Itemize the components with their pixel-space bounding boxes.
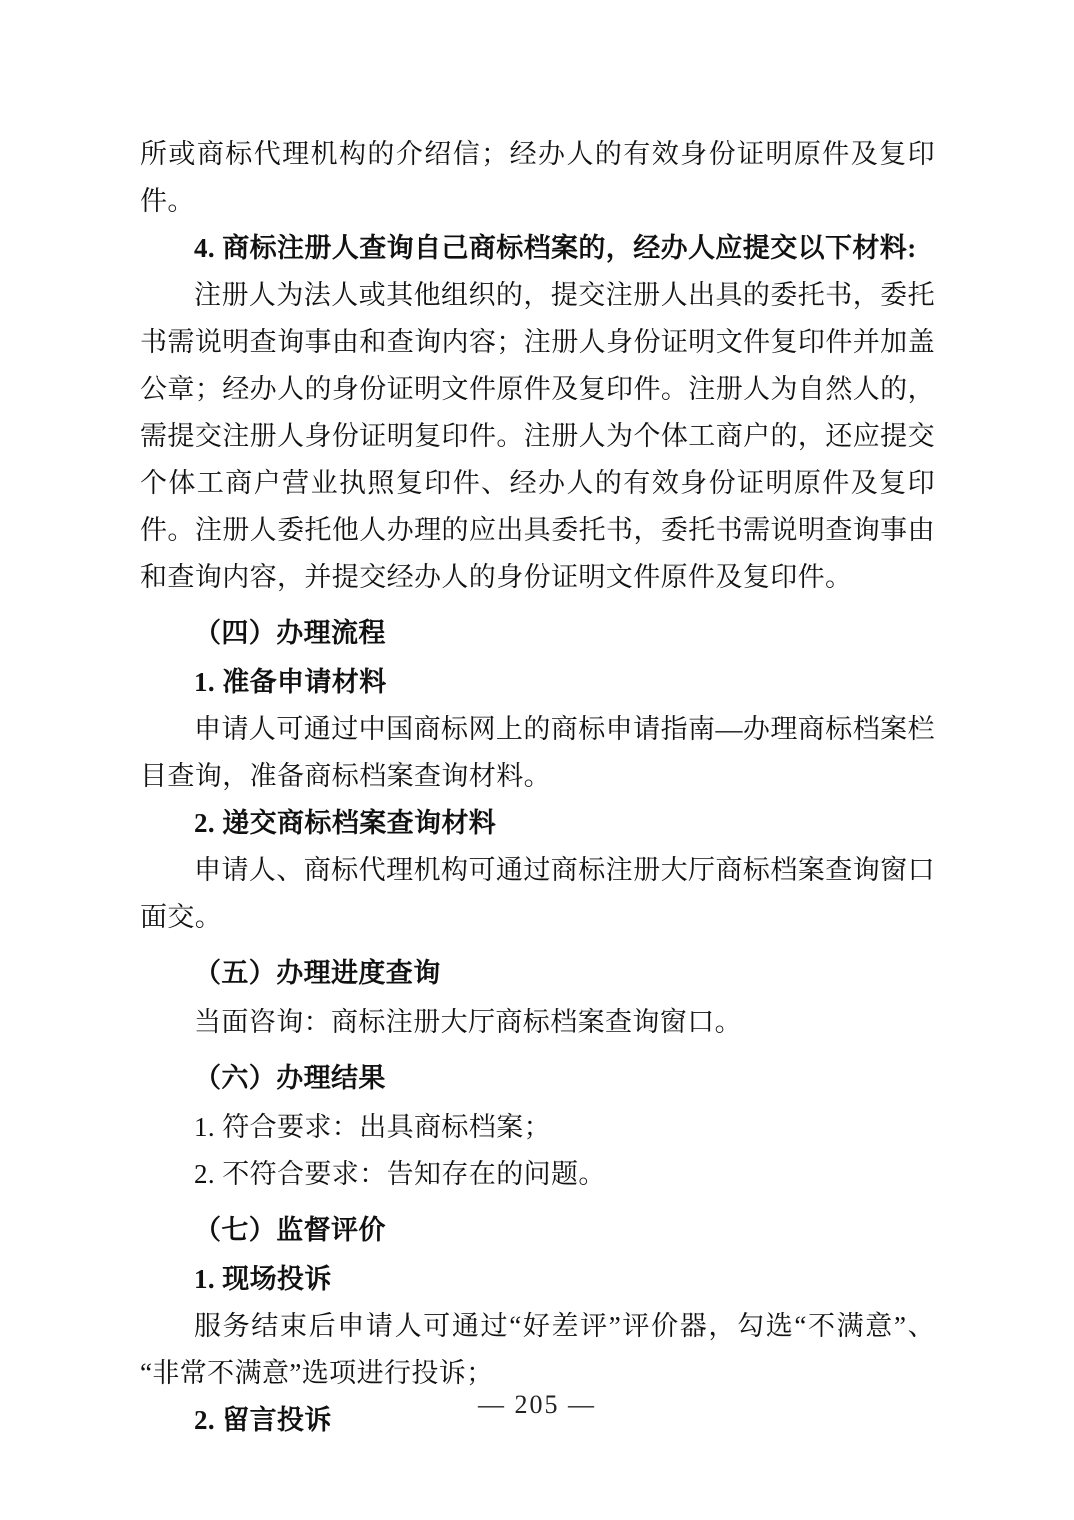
document-page: 所或商标代理机构的介绍信；经办人的有效身份证明原件及复印件。4. 商标注册人查询… — [0, 0, 1074, 1520]
body-indent: 服务结束后申请人可通过“好差评”评价器，勾选“不满意”、 “非常不满意”选项进行… — [140, 1303, 935, 1397]
section-heading: （四）办理流程 — [140, 610, 935, 657]
section-heading: （六）办理结果 — [140, 1055, 935, 1102]
body-indent: 当面咨询：商标注册大厅商标档案查询窗口。 — [140, 999, 935, 1046]
body-indent: 1. 符合要求：出具商标档案； — [140, 1104, 935, 1151]
body-indent: 申请人可通过中国商标网上的商标申请指南—办理商标档案栏目查询，准备商标档案查询材… — [140, 706, 935, 800]
section-heading: （五）办理进度查询 — [140, 950, 935, 997]
body-cont: 所或商标代理机构的介绍信；经办人的有效身份证明原件及复印件。 — [140, 131, 935, 225]
body-indent: 注册人为法人或其他组织的，提交注册人出具的委托书，委托书需说明查询事由和查询内容… — [140, 272, 935, 601]
sub-heading: 1. 准备申请材料 — [140, 659, 935, 706]
section-heading: （七）监督评价 — [140, 1207, 935, 1254]
sub-heading: 1. 现场投诉 — [140, 1256, 935, 1303]
document-body: 所或商标代理机构的介绍信；经办人的有效身份证明原件及复印件。4. 商标注册人查询… — [140, 131, 935, 1444]
heading-bold: 4. 商标注册人查询自己商标档案的，经办人应提交以下材料: — [140, 225, 935, 272]
page-number: — 205 — — [0, 1389, 1074, 1421]
body-indent: 申请人、商标代理机构可通过商标注册大厅商标档案查询窗口面交。 — [140, 847, 935, 941]
body-indent: 2. 不符合要求：告知存在的问题。 — [140, 1151, 935, 1198]
sub-heading: 2. 递交商标档案查询材料 — [140, 800, 935, 847]
